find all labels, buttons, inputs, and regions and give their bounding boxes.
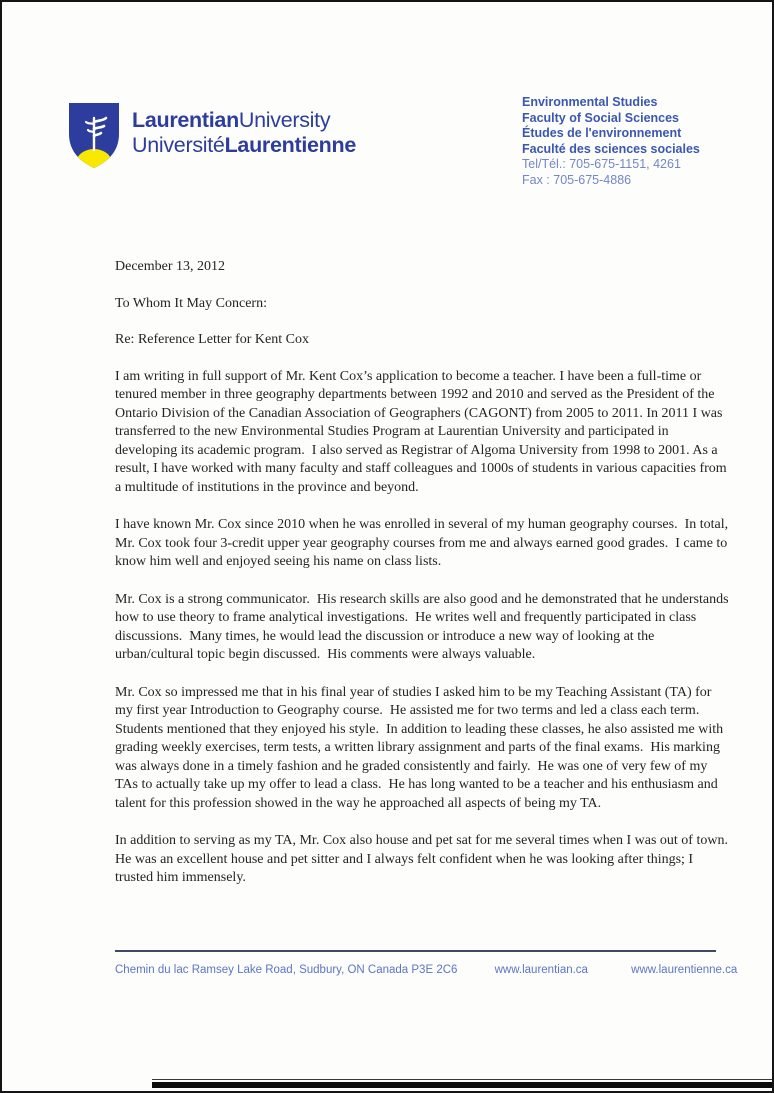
footer-contact-line: Chemin du lac Ramsey Lake Road, Sudbury,… (115, 964, 737, 976)
laurentian-university-logo: LaurentianUniversity UniversitéLaurentie… (65, 100, 356, 170)
scanned-letter-page: LaurentianUniversity UniversitéLaurentie… (0, 0, 774, 1093)
letter-date: December 13, 2012 (115, 258, 729, 277)
footer-url-laurentienne: www.laurentienne.ca (631, 964, 737, 976)
footer-divider (115, 950, 716, 952)
wordmark-line-en: LaurentianUniversity (132, 108, 356, 133)
scan-artifact-bar (152, 1082, 772, 1088)
letter-paragraph: Mr. Cox is a strong communicator. His re… (115, 591, 729, 665)
letter-body: December 13, 2012 To Whom It May Concern… (115, 258, 729, 907)
dept-line: Environmental Studies (522, 95, 700, 111)
dept-line: Études de l'environnement (522, 126, 700, 142)
dept-line: Faculté des sciences sociales (522, 142, 700, 158)
letter-paragraph: I am writing in full support of Mr. Kent… (115, 368, 729, 498)
letter-paragraph: Mr. Cox so impressed me that in his fina… (115, 684, 729, 814)
telephone-line: Tel/Tél.: 705-675-1151, 4261 (522, 157, 700, 173)
university-wordmark: LaurentianUniversity UniversitéLaurentie… (132, 108, 356, 158)
scan-artifact-line (152, 1079, 772, 1080)
fax-line: Fax : 705-675-4886 (522, 173, 700, 189)
university-shield-icon (65, 100, 123, 170)
letter-salutation: To Whom It May Concern: (115, 295, 729, 314)
department-contact-block: Environmental Studies Faculty of Social … (522, 95, 700, 188)
wordmark-line-fr: UniversitéLaurentienne (132, 133, 356, 158)
footer-url-laurentian: www.laurentian.ca (495, 964, 588, 976)
dept-line: Faculty of Social Sciences (522, 111, 700, 127)
letter-subject: Re: Reference Letter for Kent Cox (115, 331, 729, 350)
letter-paragraph: In addition to serving as my TA, Mr. Cox… (115, 832, 729, 888)
letter-paragraph: I have known Mr. Cox since 2010 when he … (115, 516, 729, 572)
footer-address: Chemin du lac Ramsey Lake Road, Sudbury,… (115, 964, 457, 976)
